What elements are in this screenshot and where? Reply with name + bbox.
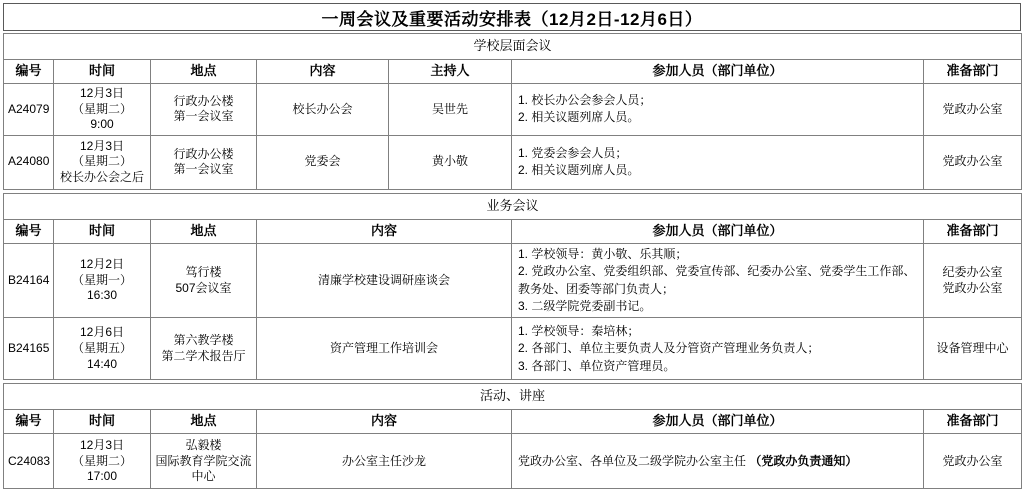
cell-id: A24079	[4, 84, 54, 136]
cell-place: 行政办公楼 第一会议室	[151, 84, 257, 136]
cell-id: B24165	[4, 318, 54, 380]
participants-bold-note: （党政办负责通知）	[749, 454, 857, 468]
participants-text: 党政办公室、各单位及二级学院办公室主任	[518, 454, 749, 468]
cell-prep: 党政办公室	[924, 434, 1022, 489]
cell-content: 清廉学校建设调研座谈会	[257, 243, 512, 318]
cell-content: 办公室主任沙龙	[257, 434, 512, 489]
header-row: 编号 时间 地点 内容 参加人员（部门单位） 准备部门	[4, 410, 1022, 434]
cell-content: 资产管理工作培训会	[257, 318, 512, 380]
col-header-participants: 参加人员（部门单位）	[512, 410, 924, 434]
cell-place: 第六教学楼 第二学术报告厅	[151, 318, 257, 380]
col-header-participants: 参加人员（部门单位）	[512, 219, 924, 243]
table-row: A24079 12月3日 （星期二） 9:00 行政办公楼 第一会议室 校长办公…	[4, 84, 1022, 136]
col-header-time: 时间	[54, 60, 151, 84]
table-row: B24164 12月2日 （星期一） 16:30 笃行楼 507会议室 清廉学校…	[4, 243, 1022, 318]
cell-id: C24083	[4, 434, 54, 489]
cell-place: 弘毅楼 国际教育学院交流中心	[151, 434, 257, 489]
cell-participants: 1. 学校领导：黄小敬、乐其顺； 2. 党政办公室、党委组织部、党委宣传部、纪委…	[512, 243, 924, 318]
cell-participants: 党政办公室、各单位及二级学院办公室主任 （党政办负责通知）	[512, 434, 924, 489]
col-header-participants: 参加人员（部门单位）	[512, 60, 924, 84]
col-header-id: 编号	[4, 219, 54, 243]
section-title-school: 学校层面会议	[4, 34, 1022, 60]
page-title: 一周会议及重要活动安排表（12月2日-12月6日）	[3, 3, 1021, 31]
cell-prep: 设备管理中心	[924, 318, 1022, 380]
col-header-time: 时间	[54, 219, 151, 243]
col-header-id: 编号	[4, 410, 54, 434]
cell-prep: 党政办公室	[924, 84, 1022, 136]
cell-place: 行政办公楼 第一会议室	[151, 135, 257, 189]
section-title-business: 业务会议	[4, 193, 1022, 219]
section-title-activity: 活动、讲座	[4, 384, 1022, 410]
header-row: 编号 时间 地点 内容 参加人员（部门单位） 准备部门	[4, 219, 1022, 243]
cell-participants: 1. 校长办公会参会人员； 2. 相关议题列席人员。	[512, 84, 924, 136]
table-row: C24083 12月3日 （星期二） 17:00 弘毅楼 国际教育学院交流中心 …	[4, 434, 1022, 489]
cell-time: 12月2日 （星期一） 16:30	[54, 243, 151, 318]
table-row: B24165 12月6日 （星期五） 14:40 第六教学楼 第二学术报告厅 资…	[4, 318, 1022, 380]
section-title-row: 活动、讲座	[4, 384, 1022, 410]
table-row: A24080 12月3日 （星期二） 校长办公会之后 行政办公楼 第一会议室 党…	[4, 135, 1022, 189]
col-header-content: 内容	[257, 219, 512, 243]
school-meetings-table: 学校层面会议 编号 时间 地点 内容 主持人 参加人员（部门单位） 准备部门 A…	[3, 33, 1022, 190]
business-meetings-table: 业务会议 编号 时间 地点 内容 参加人员（部门单位） 准备部门 B24164 …	[3, 193, 1022, 381]
cell-content: 党委会	[257, 135, 389, 189]
col-header-content: 内容	[257, 410, 512, 434]
col-header-content: 内容	[257, 60, 389, 84]
cell-host: 黄小敬	[389, 135, 512, 189]
cell-time: 12月3日 （星期二） 17:00	[54, 434, 151, 489]
col-header-prep: 准备部门	[924, 410, 1022, 434]
activities-table: 活动、讲座 编号 时间 地点 内容 参加人员（部门单位） 准备部门 C24083…	[3, 383, 1022, 489]
col-header-place: 地点	[151, 410, 257, 434]
cell-host: 吴世先	[389, 84, 512, 136]
cell-time: 12月3日 （星期二） 9:00	[54, 84, 151, 136]
cell-time: 12月6日 （星期五） 14:40	[54, 318, 151, 380]
section-title-row: 学校层面会议	[4, 34, 1022, 60]
cell-prep: 纪委办公室 党政办公室	[924, 243, 1022, 318]
col-header-prep: 准备部门	[924, 60, 1022, 84]
schedule-sheet: 一周会议及重要活动安排表（12月2日-12月6日） 学校层面会议 编号 时间 地…	[0, 0, 1024, 495]
section-title-row: 业务会议	[4, 193, 1022, 219]
col-header-id: 编号	[4, 60, 54, 84]
cell-time: 12月3日 （星期二） 校长办公会之后	[54, 135, 151, 189]
cell-id: A24080	[4, 135, 54, 189]
cell-prep: 党政办公室	[924, 135, 1022, 189]
col-header-place: 地点	[151, 219, 257, 243]
col-header-host: 主持人	[389, 60, 512, 84]
cell-id: B24164	[4, 243, 54, 318]
col-header-time: 时间	[54, 410, 151, 434]
cell-participants: 1. 学校领导：秦培林； 2. 各部门、单位主要负责人及分管资产管理业务负责人；…	[512, 318, 924, 380]
col-header-prep: 准备部门	[924, 219, 1022, 243]
col-header-place: 地点	[151, 60, 257, 84]
cell-content: 校长办公会	[257, 84, 389, 136]
cell-participants: 1. 党委会参会人员； 2. 相关议题列席人员。	[512, 135, 924, 189]
header-row: 编号 时间 地点 内容 主持人 参加人员（部门单位） 准备部门	[4, 60, 1022, 84]
cell-place: 笃行楼 507会议室	[151, 243, 257, 318]
